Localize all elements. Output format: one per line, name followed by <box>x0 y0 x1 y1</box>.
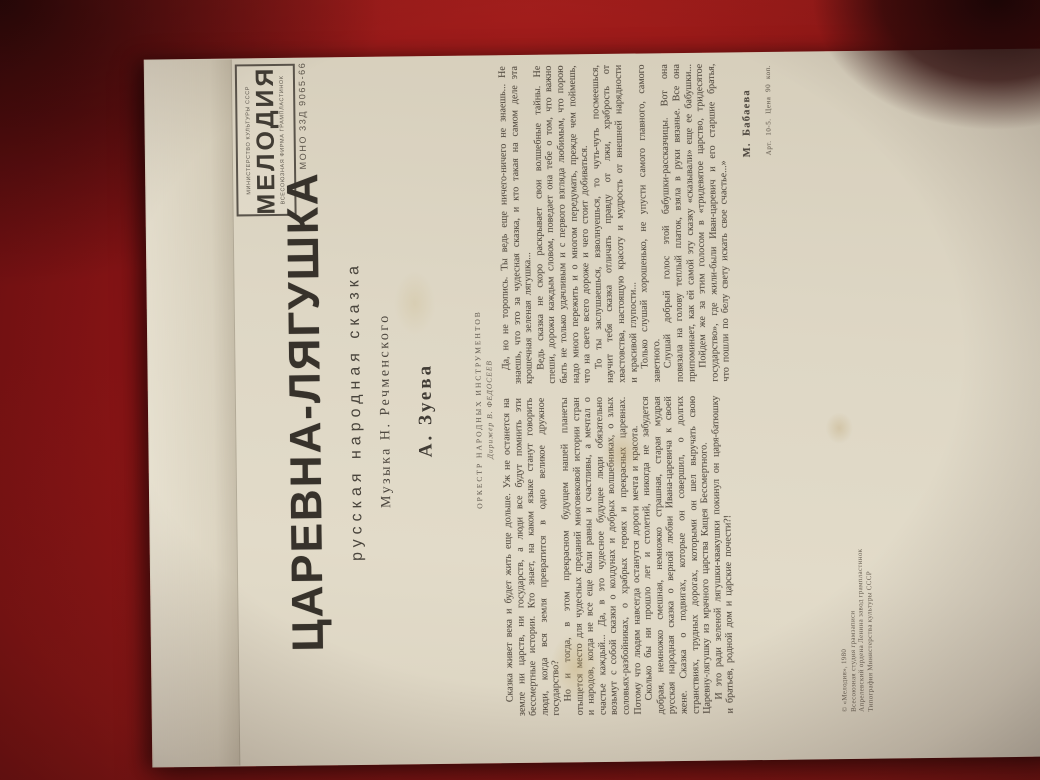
performer-name: А. Зуева <box>411 57 442 763</box>
record-sleeve-back-cover: МИНИСТЕРСТВО КУЛЬТУРЫ СССР МЕЛОДИЯ ВСЕСО… <box>144 48 1040 767</box>
paragraph: Пойдем же за этим голосом в «тридевятое … <box>694 63 733 381</box>
paragraph: И это ради зеленой лягушки-квакушки поки… <box>710 395 737 713</box>
imprint-line: Типография Министерства культуры СССР <box>865 549 876 712</box>
sleeve-fold-crease <box>145 59 241 766</box>
imprint-block: © «Мелодия», 1980 Всесоюзная студия грам… <box>839 549 875 713</box>
album-title: ЦАРЕВНА-ЛЯГУШКА <box>277 58 336 765</box>
album-subtitle: русская народная сказка <box>343 58 370 764</box>
paragraph: Да, но не торопись. Ты ведь еще ничего-н… <box>497 66 536 384</box>
paragraph: Слушай добрый голос этой бабушки-рассказ… <box>659 64 698 382</box>
author-signature: М. Бабаева <box>741 63 756 381</box>
paragraph: То ты заслушаешься, взволнуешься, то чут… <box>590 65 640 384</box>
music-credit: Музыка Н. Речменского <box>374 58 399 764</box>
photo-of-record-sleeve: МИНИСТЕРСТВО КУЛЬТУРЫ СССР МЕЛОДИЯ ВСЕСО… <box>0 0 1040 780</box>
paragraph: Но и тогда, в этом прекрасном будущем на… <box>559 397 644 716</box>
price-line: Арт. 10-5. Цена 90 коп. <box>763 63 778 381</box>
logo-wordmark: МЕЛОДИЯ <box>253 65 279 214</box>
liner-notes-column-1: Сказка живет века и будет жить еще дольш… <box>501 395 783 716</box>
paragraph: Сказка живет века и будет жить еще дольш… <box>501 398 563 717</box>
liner-notes-column-2: Да, но не торопись. Ты ведь еще ничего-н… <box>497 63 779 384</box>
sleeve-printed-page: МИНИСТЕРСТВО КУЛЬТУРЫ СССР МЕЛОДИЯ ВСЕСО… <box>145 49 1040 766</box>
paper-stain <box>825 412 853 444</box>
paragraph: Сколько бы ни прошло лет и столетий, ник… <box>640 396 713 715</box>
paragraph: Ведь сказка не скоро раскрывает свои вол… <box>532 65 594 384</box>
liner-notes: Сказка живет века и будет жить еще дольш… <box>497 63 783 716</box>
